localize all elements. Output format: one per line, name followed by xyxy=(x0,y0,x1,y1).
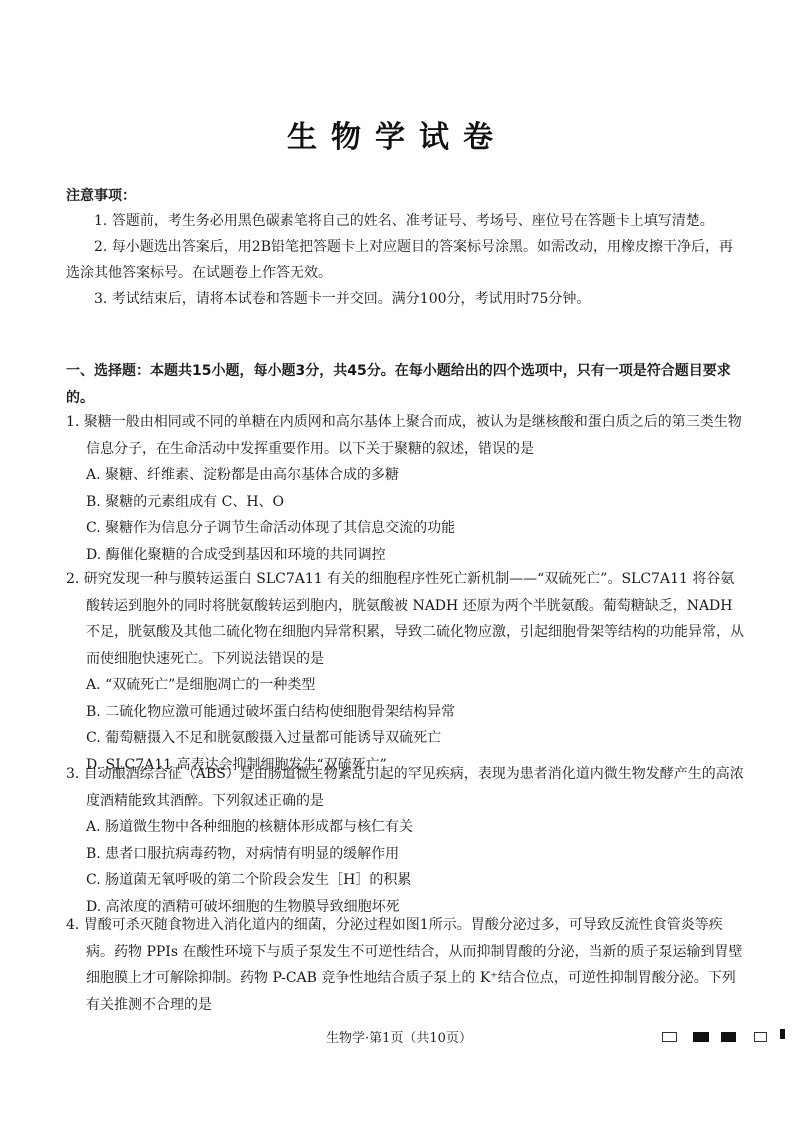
question-stem: 3. 自动酿酒综合征（ABS）是由肠道微生物紊乱引起的罕见疾病，表现为患者消化道… xyxy=(66,761,746,814)
option-a: A. 肠道微生物中各种细胞的核糖体形成都与核仁有关 xyxy=(66,814,746,841)
question-2: 2. 研究发现一种与膜转运蛋白 SLC7A11 有关的细胞程序性死亡新机制——“… xyxy=(66,566,746,778)
scan-mark-solid-icon xyxy=(721,1032,736,1042)
option-b: B. 二硫化物应激可能通过破坏蛋白结构使细胞骨架结构异常 xyxy=(66,699,746,726)
question-4: 4. 胃酸可杀灭随食物进入消化道内的细菌，分泌过程如图1所示。胃酸分泌过多，可导… xyxy=(66,912,746,1018)
option-c: C. 葡萄糖摄入不足和胱氨酸摄入过量都可能诱导双硫死亡 xyxy=(66,725,746,752)
option-c: C. 肠道菌无氧呼吸的第二个阶段会发生［H］的积累 xyxy=(66,867,746,894)
page-footer: 生物学·第1页（共10页） xyxy=(326,1027,472,1046)
notice-item: 2. 每小题选出答案后，用2B铅笔把答题卡上对应题目的答案标号涂黑。如需改动，用… xyxy=(66,234,742,286)
scan-mark-solid-icon xyxy=(693,1032,709,1042)
notice-list: 1. 答题前，考生务必用黑色碳素笔将自己的姓名、准考证号、考场号、座位号在答题卡… xyxy=(66,208,742,312)
section-heading: 一、选择题：本题共15小题，每小题3分，共45分。在每小题给出的四个选项中，只有… xyxy=(66,358,746,412)
option-b: B. 患者口服抗病毒药物，对病情有明显的缓解作用 xyxy=(66,841,746,868)
notice-item: 1. 答题前，考生务必用黑色碳素笔将自己的姓名、准考证号、考场号、座位号在答题卡… xyxy=(66,208,742,234)
question-stem: 1. 聚糖一般由相同或不同的单糖在内质网和高尔基体上聚合而成，被认为是继核酸和蛋… xyxy=(66,409,746,462)
option-a: A. 聚糖、纤维素、淀粉都是由高尔基体合成的多糖 xyxy=(66,462,746,489)
scan-marks xyxy=(660,1028,790,1044)
question-stem: 2. 研究发现一种与膜转运蛋白 SLC7A11 有关的细胞程序性死亡新机制——“… xyxy=(66,566,746,672)
question-1: 1. 聚糖一般由相同或不同的单糖在内质网和高尔基体上聚合而成，被认为是继核酸和蛋… xyxy=(66,409,746,568)
page-title: 生物学试卷 xyxy=(0,112,794,156)
question-stem: 4. 胃酸可杀灭随食物进入消化道内的细菌，分泌过程如图1所示。胃酸分泌过多，可导… xyxy=(66,912,746,1018)
notice-item: 3. 考试结束后，请将本试卷和答题卡一并交回。满分100分，考试用时75分钟。 xyxy=(66,286,742,312)
question-3: 3. 自动酿酒综合征（ABS）是由肠道微生物紊乱引起的罕见疾病，表现为患者消化道… xyxy=(66,761,746,920)
option-c: C. 聚糖作为信息分子调节生命活动体现了其信息交流的功能 xyxy=(66,515,746,542)
scan-mark-hollow-icon xyxy=(662,1032,677,1042)
notice-heading: 注意事项： xyxy=(66,185,136,205)
option-a: A. “双硫死亡”是细胞凋亡的一种类型 xyxy=(66,672,746,699)
scan-mark-solid-icon xyxy=(780,1029,785,1039)
scan-mark-hollow-icon xyxy=(754,1032,767,1042)
option-d: D. 酶催化聚糖的合成受到基因和环境的共同调控 xyxy=(66,542,746,569)
option-b: B. 聚糖的元素组成有 C、H、O xyxy=(66,489,746,516)
